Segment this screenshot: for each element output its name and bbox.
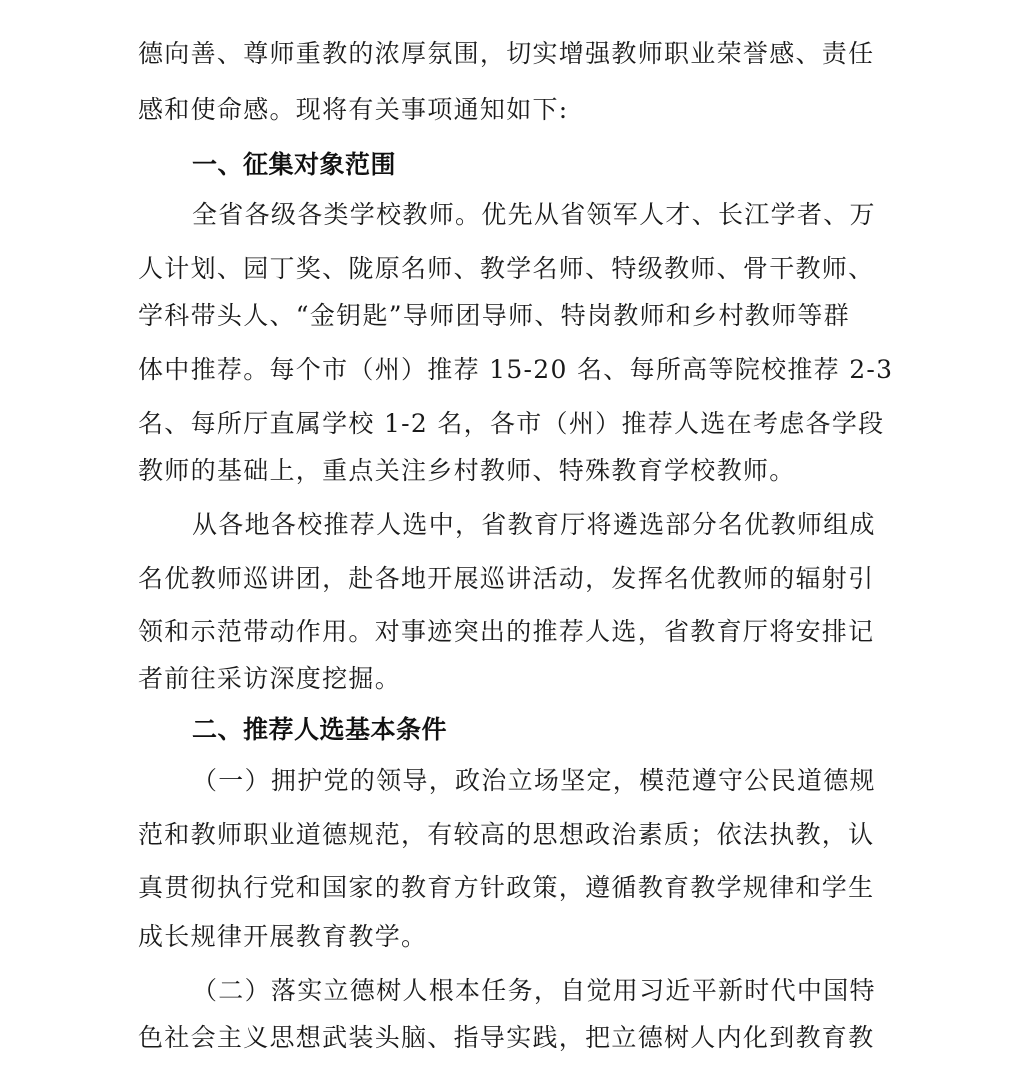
paragraph-line: 人计划、园丁奖、陇原名师、教学名师、特级教师、骨干教师、: [138, 253, 898, 285]
paragraph-line: 领和示范带动作用。对事迹突出的推荐人选，省教育厅将安排记: [138, 616, 898, 648]
paragraph-line: 者前往采访深度挖掘。: [138, 663, 898, 695]
paragraph-line: 色社会主义思想武装头脑、指导实践，把立德树人内化到教育教: [138, 1022, 898, 1054]
paragraph-line: 学科带头人、“金钥匙”导师团导师、特岗教师和乡村教师等群: [138, 300, 898, 332]
paragraph-line: 教师的基础上，重点关注乡村教师、特殊教育学校教师。: [138, 455, 898, 487]
paragraph-line: 名、每所厅直属学校 1-2 名，各市（州）推荐人选在考虑各学段: [138, 408, 898, 440]
paragraph-line: 体中推荐。每个市（州）推荐 15-20 名、每所高等院校推荐 2-3: [138, 354, 898, 386]
paragraph-line: 范和教师职业道德规范，有较高的思想政治素质；依法执教，认: [138, 819, 898, 851]
paragraph-line: 真贯彻执行党和国家的教育方针政策，遵循教育教学规律和学生: [138, 872, 898, 904]
section-heading-1: 一、征集对象范围: [192, 149, 396, 181]
document-page: 德向善、尊师重教的浓厚氛围，切实增强教师职业荣誉感、责任 感和使命感。现将有关事…: [0, 0, 1024, 1091]
paragraph-line: 感和使命感。现将有关事项通知如下:: [138, 94, 898, 126]
paragraph-line: 德向善、尊师重教的浓厚氛围，切实增强教师职业荣誉感、责任: [138, 38, 898, 70]
paragraph-line: 从各地各校推荐人选中，省教育厅将遴选部分名优教师组成: [192, 509, 952, 541]
paragraph-line: （二）落实立德树人根本任务，自觉用习近平新时代中国特: [192, 975, 952, 1007]
paragraph-line: 成长规律开展教育教学。: [138, 921, 898, 953]
paragraph-line: 全省各级各类学校教师。优先从省领军人才、长江学者、万: [192, 199, 952, 231]
paragraph-line: （一）拥护党的领导，政治立场坚定，模范遵守公民道德规: [192, 765, 952, 797]
paragraph-line: 名优教师巡讲团，赴各地开展巡讲活动，发挥名优教师的辐射引: [138, 563, 898, 595]
section-heading-2: 二、推荐人选基本条件: [192, 714, 447, 746]
